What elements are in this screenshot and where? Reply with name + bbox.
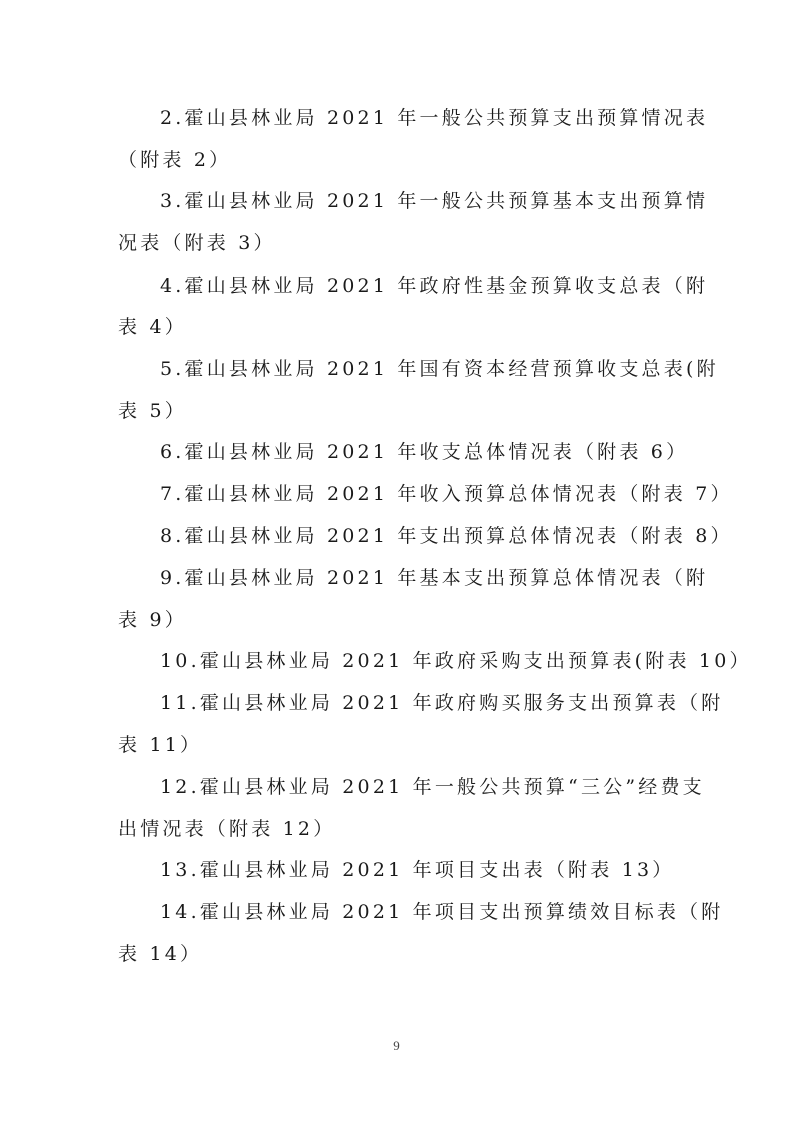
list-item-5-line-1: 5.霍山县林业局 2021 年国有资本经营预算收支总表(附	[160, 357, 720, 381]
list-item-5-line-2: 表 5）	[118, 399, 678, 423]
list-item-11-line-2: 表 11）	[118, 733, 678, 757]
page-number: 9	[0, 1038, 793, 1054]
list-item-2-line-2: （附表 2）	[118, 148, 678, 172]
list-item-11-line-1: 11.霍山县林业局 2021 年政府购买服务支出预算表（附	[160, 691, 720, 715]
list-item-14-line-1: 14.霍山县林业局 2021 年项目支出预算绩效目标表（附	[160, 900, 720, 924]
list-item-12-line-1: 12.霍山县林业局 2021 年一般公共预算“三公”经费支	[160, 775, 720, 799]
list-item-8: 8.霍山县林业局 2021 年支出预算总体情况表（附表 8）	[160, 524, 720, 548]
list-item-4-line-2: 表 4）	[118, 315, 678, 339]
list-item-7: 7.霍山县林业局 2021 年收入预算总体情况表（附表 7）	[160, 482, 720, 506]
list-item-6: 6.霍山县林业局 2021 年收支总体情况表（附表 6）	[160, 440, 720, 464]
list-item-3-line-1: 3.霍山县林业局 2021 年一般公共预算基本支出预算情	[160, 189, 720, 213]
list-item-4-line-1: 4.霍山县林业局 2021 年政府性基金预算收支总表（附	[160, 274, 720, 298]
document-page: 2.霍山县林业局 2021 年一般公共预算支出预算情况表 （附表 2） 3.霍山…	[0, 0, 793, 1122]
list-item-14-line-2: 表 14）	[118, 942, 678, 966]
list-item-9-line-1: 9.霍山县林业局 2021 年基本支出预算总体情况表（附	[160, 566, 720, 590]
list-item-13: 13.霍山县林业局 2021 年项目支出表（附表 13）	[160, 858, 720, 882]
list-item-10: 10.霍山县林业局 2021 年政府采购支出预算表(附表 10）	[160, 649, 720, 673]
list-item-12-line-2: 出情况表（附表 12）	[118, 817, 678, 841]
list-item-2-line-1: 2.霍山县林业局 2021 年一般公共预算支出预算情况表	[160, 106, 720, 130]
list-item-9-line-2: 表 9）	[118, 608, 678, 632]
list-item-3-line-2: 况表（附表 3）	[118, 231, 678, 255]
